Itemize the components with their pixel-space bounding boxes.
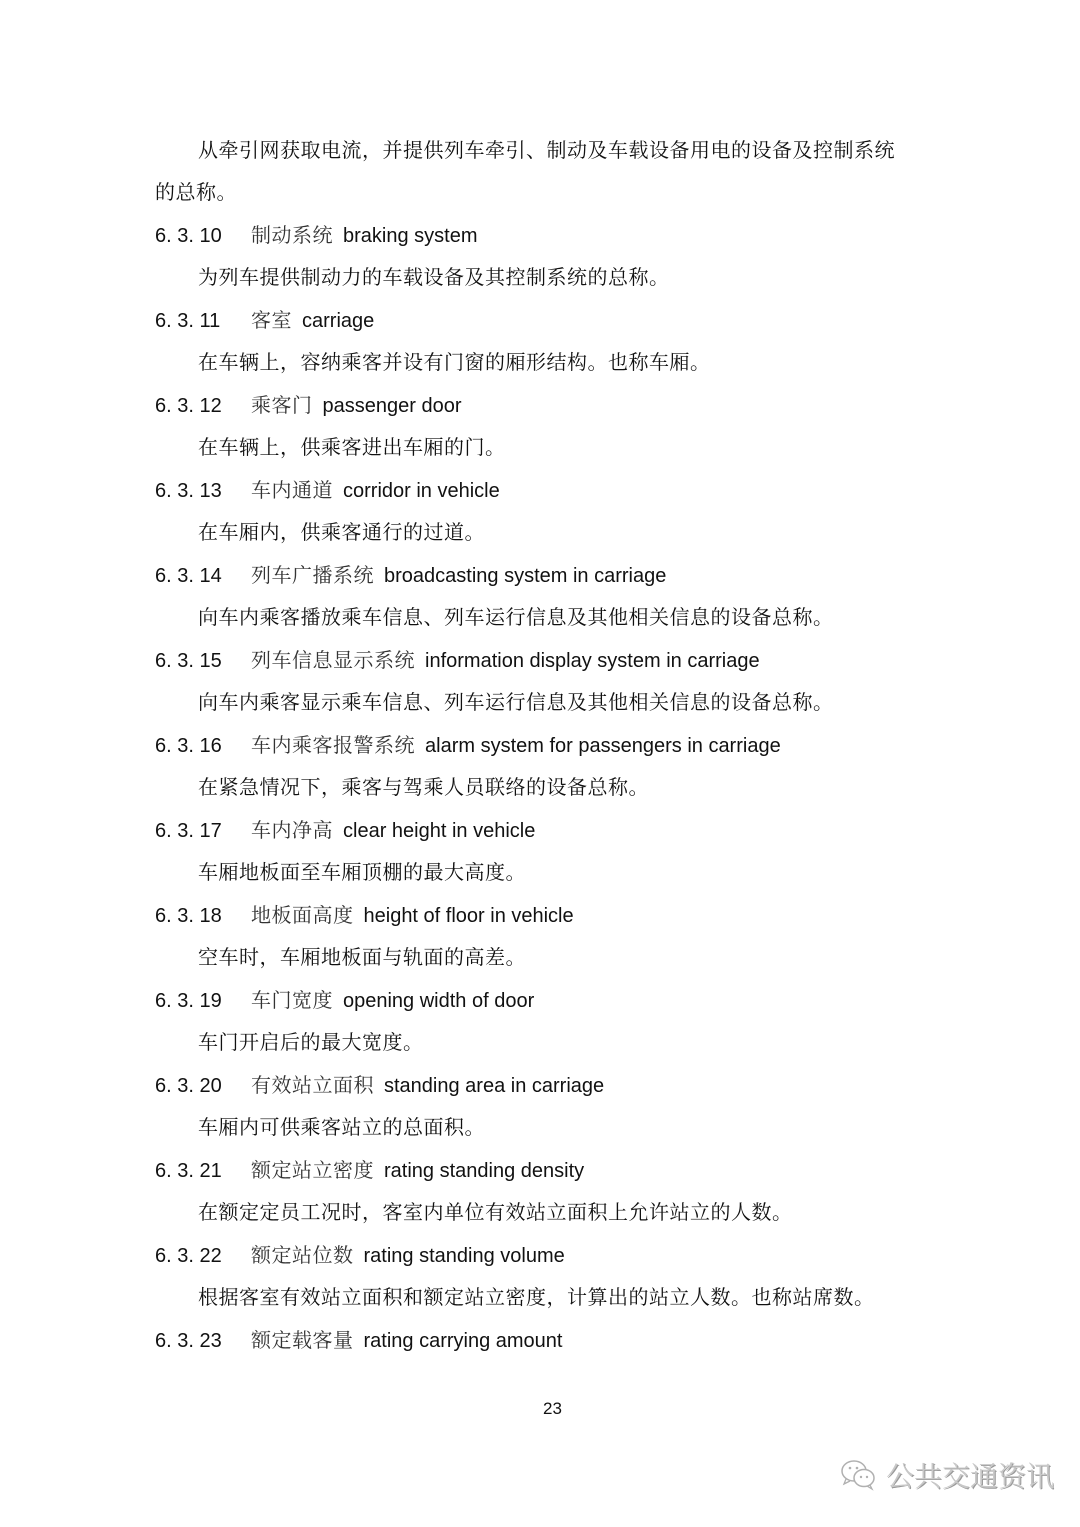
- term-english: information display system in carriage: [425, 650, 760, 672]
- term-chinese: 车内净高: [251, 820, 333, 842]
- term-number: 6. 3. 18: [155, 904, 251, 928]
- term-chinese: 客室: [251, 310, 292, 332]
- term-number: 6. 3. 10: [155, 224, 251, 248]
- term-english: height of floor in vehicle: [364, 905, 574, 927]
- term-chinese: 额定站立密度: [251, 1160, 374, 1182]
- term-heading: 6. 3. 20有效站立面积standing area in carriage: [155, 1074, 604, 1098]
- term-definition: 根据客室有效站立面积和额定站立密度，计算出的站立人数。也称站席数。: [198, 1286, 875, 1310]
- term-english: corridor in vehicle: [343, 480, 500, 502]
- term-definition: 在额定定员工况时，客室内单位有效站立面积上允许站立的人数。: [198, 1201, 793, 1225]
- term-chinese: 额定站位数: [251, 1245, 354, 1267]
- term-definition: 空车时，车厢地板面与轨面的高差。: [198, 946, 526, 970]
- term-number: 6. 3. 21: [155, 1159, 251, 1183]
- intro-paragraph-line1: 从牵引网获取电流，并提供列车牵引、制动及车载设备用电的设备及控制系统: [198, 139, 895, 163]
- term-heading: 6. 3. 17车内净高clear height in vehicle: [155, 819, 535, 843]
- term-number: 6. 3. 19: [155, 989, 251, 1013]
- term-number: 6. 3. 17: [155, 819, 251, 843]
- term-chinese: 车内通道: [251, 480, 333, 502]
- term-heading: 6. 3. 10制动系统braking system: [155, 224, 478, 248]
- term-definition: 向车内乘客播放乘车信息、列车运行信息及其他相关信息的设备总称。: [198, 606, 834, 630]
- term-chinese: 额定载客量: [251, 1330, 354, 1352]
- term-english: passenger door: [323, 395, 462, 417]
- term-definition: 在车厢内，供乘客通行的过道。: [198, 521, 485, 545]
- intro-paragraph-line2: 的总称。: [155, 181, 237, 205]
- document-page: 从牵引网获取电流，并提供列车牵引、制动及车载设备用电的设备及控制系统 的总称。 …: [0, 0, 1080, 1527]
- term-heading: 6. 3. 13车内通道corridor in vehicle: [155, 479, 500, 503]
- term-english: broadcasting system in carriage: [384, 565, 666, 587]
- term-definition: 在紧急情况下，乘客与驾乘人员联络的设备总称。: [198, 776, 649, 800]
- term-english: clear height in vehicle: [343, 820, 535, 842]
- term-chinese: 车门宽度: [251, 990, 333, 1012]
- term-heading: 6. 3. 15列车信息显示系统information display syst…: [155, 649, 760, 673]
- term-english: carriage: [302, 310, 374, 332]
- term-number: 6. 3. 13: [155, 479, 251, 503]
- term-chinese: 地板面高度: [251, 905, 354, 927]
- term-english: opening width of door: [343, 990, 534, 1012]
- term-english: braking system: [343, 225, 478, 247]
- term-chinese: 有效站立面积: [251, 1075, 374, 1097]
- term-chinese: 乘客门: [251, 395, 313, 417]
- term-heading: 6. 3. 21额定站立密度rating standing density: [155, 1159, 584, 1183]
- term-number: 6. 3. 12: [155, 394, 251, 418]
- term-number: 6. 3. 14: [155, 564, 251, 588]
- term-chinese: 列车信息显示系统: [251, 650, 415, 672]
- term-definition: 车厢地板面至车厢顶棚的最大高度。: [198, 861, 526, 885]
- term-heading: 6. 3. 23额定载客量rating carrying amount: [155, 1329, 562, 1353]
- term-english: rating standing density: [384, 1160, 584, 1182]
- term-heading: 6. 3. 11客室carriage: [155, 309, 374, 333]
- term-number: 6. 3. 23: [155, 1329, 251, 1353]
- term-heading: 6. 3. 16车内乘客报警系统alarm system for passeng…: [155, 734, 781, 758]
- watermark: 公共交通资讯: [840, 1455, 1054, 1495]
- term-heading: 6. 3. 14列车广播系统broadcasting system in car…: [155, 564, 666, 588]
- term-chinese: 列车广播系统: [251, 565, 374, 587]
- term-number: 6. 3. 20: [155, 1074, 251, 1098]
- term-english: alarm system for passengers in carriage: [425, 735, 781, 757]
- term-chinese: 制动系统: [251, 225, 333, 247]
- term-heading: 6. 3. 12乘客门passenger door: [155, 394, 461, 418]
- term-definition: 向车内乘客显示乘车信息、列车运行信息及其他相关信息的设备总称。: [198, 691, 834, 715]
- term-heading: 6. 3. 22额定站位数rating standing volume: [155, 1244, 565, 1268]
- term-definition: 在车辆上，容纳乘客并设有门窗的厢形结构。也称车厢。: [198, 351, 711, 375]
- term-definition: 车门开启后的最大宽度。: [198, 1031, 424, 1055]
- term-english: rating standing volume: [364, 1245, 565, 1267]
- term-heading: 6. 3. 19车门宽度opening width of door: [155, 989, 534, 1013]
- term-definition: 车厢内可供乘客站立的总面积。: [198, 1116, 485, 1140]
- page-number: 23: [543, 1399, 562, 1419]
- term-number: 6. 3. 16: [155, 734, 251, 758]
- term-chinese: 车内乘客报警系统: [251, 735, 415, 757]
- term-definition: 在车辆上，供乘客进出车厢的门。: [198, 436, 506, 460]
- term-number: 6. 3. 11: [155, 309, 251, 333]
- term-number: 6. 3. 15: [155, 649, 251, 673]
- wechat-icon: [840, 1458, 878, 1492]
- term-number: 6. 3. 22: [155, 1244, 251, 1268]
- term-english: standing area in carriage: [384, 1075, 604, 1097]
- term-definition: 为列车提供制动力的车载设备及其控制系统的总称。: [198, 266, 670, 290]
- term-english: rating carrying amount: [364, 1330, 563, 1352]
- watermark-text: 公共交通资讯: [886, 1455, 1054, 1495]
- term-heading: 6. 3. 18地板面高度height of floor in vehicle: [155, 904, 574, 928]
